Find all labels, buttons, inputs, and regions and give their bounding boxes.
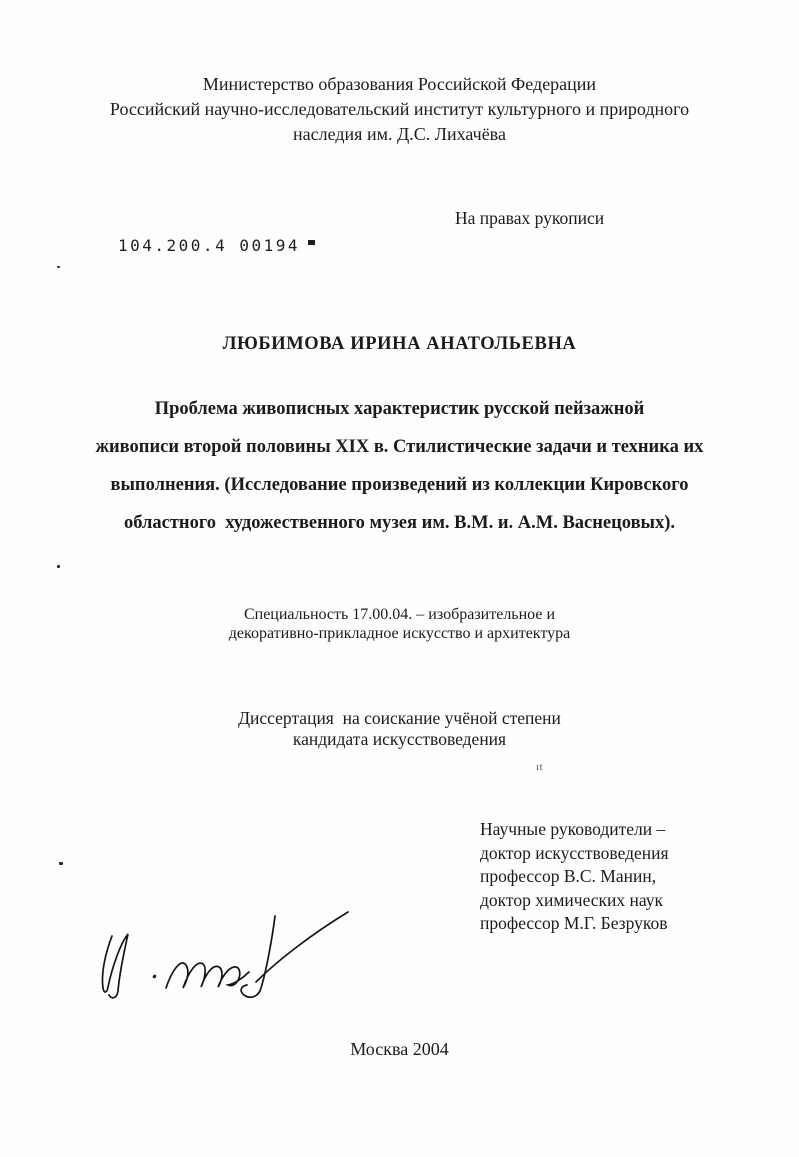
title-line: Проблема живописных характеристик русско… [60, 390, 739, 428]
thesis-line: Диссертация на соискание учёной степени [0, 708, 799, 729]
supervisor-name: профессор В.С. Манин, [480, 865, 669, 889]
handwritten-signature [88, 888, 368, 1021]
supervisor-name: профессор М.Г. Безруков [480, 912, 669, 936]
supervisor-degree: доктор химических наук [480, 889, 669, 913]
scan-speck [57, 266, 60, 268]
title-line: живописи второй половины XIX в. Стилисти… [60, 428, 739, 466]
supervisor-degree: доктор искусствоведения [480, 842, 669, 866]
institution-header: Министерство образования Российской Феде… [0, 72, 799, 147]
stamp-end-mark [308, 240, 315, 245]
thesis-degree-block: Диссертация на соискание учёной степени … [0, 708, 799, 749]
signature-drawing [88, 888, 368, 1016]
supervisors-block: Научные руководители – доктор искусствов… [480, 818, 669, 936]
ministry-line: Министерство образования Российской Феде… [0, 72, 799, 97]
specialty-field-line: декоративно-прикладное искусство и архит… [0, 624, 799, 643]
dissertation-title: Проблема живописных характеристик русско… [60, 390, 739, 542]
author-name: ЛЮБИМОВА ИРИНА АНАТОЛЬЕВНА [0, 332, 799, 356]
scan-speck [59, 862, 63, 865]
city-year: Москва 2004 [0, 1038, 799, 1060]
dissertation-title-page: Министерство образования Российской Феде… [0, 0, 799, 1157]
specialty-block: Специальность 17.00.04. – изобразительно… [0, 605, 799, 643]
supervisors-heading: Научные руководители – [480, 818, 669, 842]
scan-artifact-mark: ıt [536, 762, 544, 773]
institute-line: Российский научно-исследовательский инст… [0, 97, 799, 122]
library-stamp: 104.200.4 00194 [118, 236, 315, 255]
specialty-code-line: Специальность 17.00.04. – изобразительно… [0, 605, 799, 624]
manuscript-rights-note: На правах рукописи [455, 207, 604, 229]
scan-speck [57, 565, 60, 568]
title-line: выполнения. (Исследование произведений и… [60, 466, 739, 504]
stamp-number: 104.200.4 00194 [118, 236, 300, 255]
title-line: областного художественного музея им. В.М… [60, 504, 739, 542]
institute-name-line: наследия им. Д.С. Лихачёва [0, 122, 799, 147]
thesis-line: кандидата искусствоведения [0, 729, 799, 750]
